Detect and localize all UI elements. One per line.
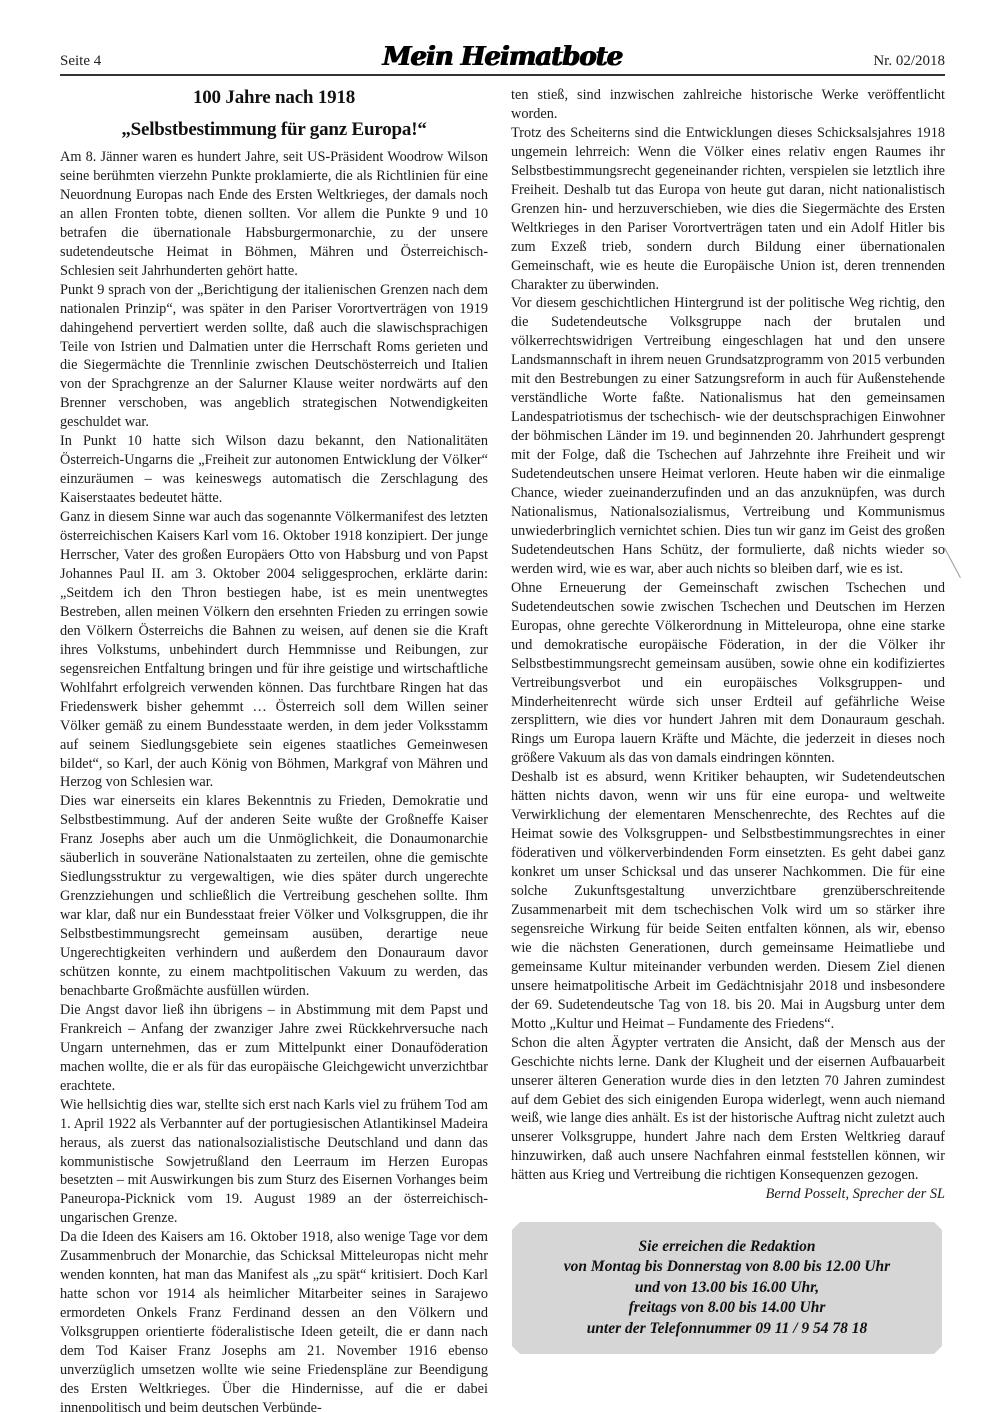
article-column-left: 100 Jahre nach 1918 „Selbstbestimmung fü… (60, 86, 488, 1412)
page-number: Seite 4 (60, 53, 101, 70)
paragraph: Da die Ideen des Kaisers am 16. Oktober … (60, 1228, 488, 1412)
paragraph: ten stieß, sind inzwischen zahlreiche hi… (511, 86, 945, 124)
author-signature: Bernd Posselt, Sprecher der SL (511, 1185, 945, 1204)
page-header: Seite 4 Mein Heimatbote Nr. 02/2018 (60, 34, 945, 76)
paragraph: Deshalb ist es absurd, wenn Kritiker beh… (511, 768, 945, 1033)
article-title: „Selbstbestimmung für ganz Europa!“ (60, 118, 488, 142)
paragraph: Trotz des Scheiterns sind die Entwicklun… (511, 124, 945, 295)
paragraph: Ganz in diesem Sinne war auch das sogena… (60, 508, 488, 792)
contact-line: und von 13.00 bis 16.00 Uhr, (635, 1278, 819, 1299)
issue-number: Nr. 02/2018 (873, 53, 945, 70)
article-kicker: 100 Jahre nach 1918 (60, 86, 488, 110)
paragraph: Schon die alten Ägypter vertraten die An… (511, 1034, 945, 1186)
editorial-contact-box: Sie erreichen die Redaktion von Montag b… (512, 1222, 942, 1354)
contact-line: von Montag bis Donnerstag von 8.00 bis 1… (564, 1257, 890, 1278)
scan-mark (944, 548, 961, 578)
paragraph: Ohne Erneuerung der Gemeinschaft zwische… (511, 579, 945, 769)
contact-line: Sie erreichen die Redaktion (639, 1237, 816, 1258)
paragraph: Am 8. Jänner waren es hundert Jahre, sei… (60, 148, 488, 281)
paragraph: Die Angst davor ließ ihn übrigens – in A… (60, 1001, 488, 1096)
contact-phone: unter der Telefonnummer 09 11 / 9 54 78 … (587, 1319, 868, 1340)
paragraph: Wie hellsichtig dies war, stellte sich e… (60, 1096, 488, 1229)
masthead-logo: Mein Heimatbote (383, 42, 623, 72)
paragraph: Dies war einerseits ein klares Bekenntni… (60, 792, 488, 1000)
contact-line: freitags von 8.00 bis 14.00 Uhr (629, 1298, 826, 1319)
paragraph: Vor diesem geschichtlichen Hintergrund i… (511, 294, 945, 578)
paragraph: In Punkt 10 hatte sich Wilson dazu bekan… (60, 432, 488, 508)
paragraph: Punkt 9 sprach von der „Berichtigung der… (60, 281, 488, 433)
article-column-right: ten stieß, sind inzwischen zahlreiche hi… (511, 86, 945, 1204)
newspaper-page: Seite 4 Mein Heimatbote Nr. 02/2018 100 … (0, 0, 1000, 1412)
